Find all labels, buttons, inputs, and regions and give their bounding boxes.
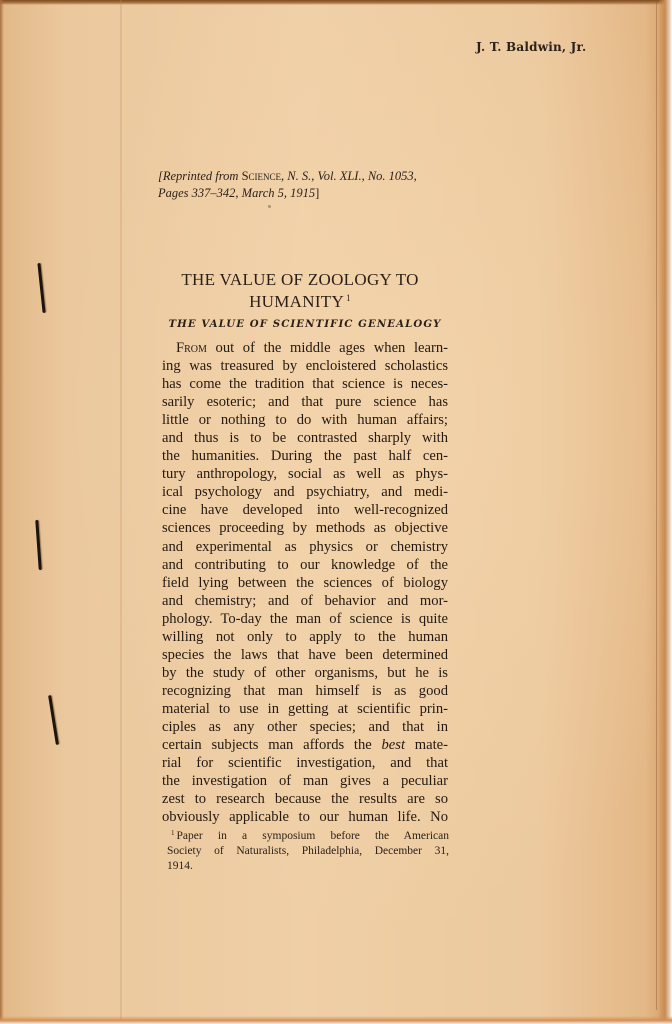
journal-name: Science	[242, 169, 281, 183]
body-line: and contributing to our knowledge of the	[162, 556, 448, 574]
body-line: ing was treasured by encloistered schola…	[162, 357, 448, 375]
body-line: the humanities. During the past half cen…	[162, 447, 448, 465]
body-line: From out of the middle ages when learn-	[162, 339, 448, 357]
ink-speck	[268, 205, 271, 208]
reprint-close-bracket: ]	[315, 186, 319, 200]
body-line: field lying between the sciences of biol…	[162, 574, 448, 592]
reprint-pages-date: Pages 337–342, March 5, 1915	[158, 186, 315, 200]
body-line: tury anthropology, social as well as phy…	[162, 465, 448, 483]
body-line: obviously applicable to our human life. …	[162, 808, 448, 826]
body-line: by the study of other organisms, but he …	[162, 664, 448, 682]
article-title: THE VALUE OF ZOOLOGY TO HUMANITY1	[150, 270, 450, 311]
staple-icon	[37, 263, 45, 313]
body-line: rial for scientific investigation, and t…	[162, 754, 448, 772]
document-page: J. T. Baldwin, Jr. [Reprinted from Scien…	[0, 0, 672, 1024]
binding-fold	[120, 0, 122, 1024]
emphasis-best: best	[382, 737, 406, 753]
body-line: cine have developed into well-recognized	[162, 501, 448, 519]
body-line: zest to research because the results are…	[162, 790, 448, 808]
body-line: material to use in getting at scientific…	[162, 700, 448, 718]
footnote-line: 1Paper in a symposium before the America…	[167, 826, 449, 844]
body-line: ciples as any other species; and that in	[162, 718, 448, 736]
reprint-prefix: Reprinted from	[163, 169, 242, 183]
title-line-1: THE VALUE OF ZOOLOGY TO	[181, 270, 418, 289]
staple-icon	[35, 520, 41, 570]
body-paragraph: From out of the middle ages when learn- …	[162, 339, 448, 826]
staple-icon	[48, 695, 59, 745]
page-right-edge	[658, 0, 672, 1024]
body-line: phology. To-day the man of science is qu…	[162, 610, 448, 628]
page-bottom-edge	[0, 1016, 672, 1024]
reprint-citation: , N. S., Vol. XLI., No. 1053,	[281, 169, 417, 183]
page-right-crease	[656, 0, 657, 1010]
title-footnote-marker: 1	[346, 293, 351, 303]
body-line: has come the tradition that science is n…	[162, 375, 448, 393]
footnote-line: Society of Naturalists, Philadelphia, De…	[167, 844, 449, 859]
body-line: the investigation of man gives a peculia…	[162, 772, 448, 790]
body-line: certain subjects man affords the best ma…	[162, 736, 448, 754]
page-top-edge	[0, 0, 672, 5]
body-line: and thus is to be contrasted sharply wit…	[162, 429, 448, 447]
body-line: little or nothing to do with human affai…	[162, 411, 448, 429]
body-line: and experimental as physics or chemistry	[162, 538, 448, 556]
footnote: 1Paper in a symposium before the America…	[167, 826, 449, 874]
body-line: and chemistry; and of behavior and mor-	[162, 592, 448, 610]
body-line: sarily esoteric; and that pure science h…	[162, 393, 448, 411]
reprint-notice: [Reprinted from Science, N. S., Vol. XLI…	[158, 168, 458, 202]
page-left-edge	[0, 0, 4, 1024]
body-line: willing not only to apply to the human	[162, 628, 448, 646]
body-line: sciences proceeding by methods as object…	[162, 519, 448, 537]
footnote-marker: 1	[171, 829, 175, 837]
section-subtitle: THE VALUE OF SCIENTIFIC GENEALOGY	[160, 318, 450, 330]
owner-stamp: J. T. Baldwin, Jr.	[476, 40, 586, 54]
body-line: species the laws that have been determin…	[162, 646, 448, 664]
title-line-2: HUMANITY	[249, 292, 344, 311]
footnote-line: 1914.	[167, 859, 449, 874]
body-line: ical psychology and psychiatry, and medi…	[162, 483, 448, 501]
lead-word: From	[176, 340, 207, 356]
body-line: recognizing that man himself is as good	[162, 682, 448, 700]
